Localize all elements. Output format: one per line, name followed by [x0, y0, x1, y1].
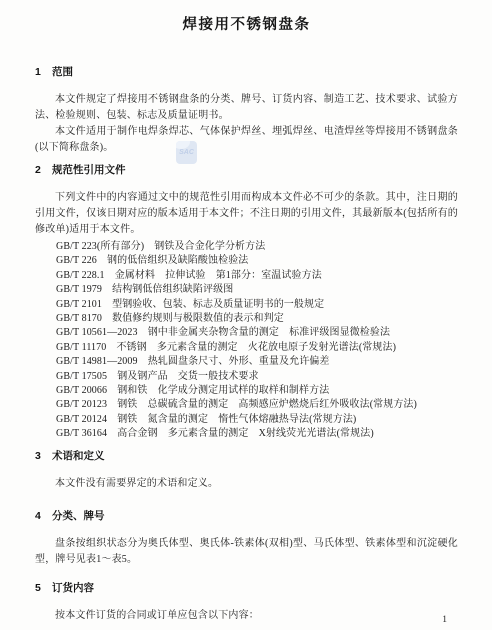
section-4-number: 4 — [35, 510, 52, 523]
section-3-heading: 3 术语和定义 — [35, 450, 458, 463]
section-2-number: 2 — [35, 164, 52, 177]
terms-paragraph: 本文件没有需要界定的术语和定义。 — [35, 476, 458, 492]
scope-paragraph-1: 本文件规定了焊接用不锈钢盘条的分类、牌号、订货内容、制造工艺、技术要求、试验方法… — [35, 92, 458, 124]
reference-item: GB/T 226 钢的低倍组织及缺陷酸蚀检验法 — [56, 254, 458, 268]
section-3-number: 3 — [35, 450, 52, 463]
scope-paragraph-2: 本文件适用于制作电焊条焊芯、气体保护焊丝、埋弧焊丝、电渣焊丝等焊接用不锈钢盘条(… — [35, 124, 458, 156]
references-intro-paragraph: 下列文件中的内容通过文中的规范性引用而构成本文件必不可少的条款。其中，注日期的引… — [35, 190, 458, 238]
section-1-title: 范围 — [52, 66, 73, 79]
section-5-number: 5 — [35, 582, 52, 595]
section-classification-grades: 4 分类、牌号 盘条按组织状态分为奥氏体型、奥氏体-铁素体(双相)型、马氏体型、… — [35, 510, 458, 568]
section-2-heading: 2 规范性引用文件 — [35, 164, 458, 177]
section-ordering-content: 5 订货内容 按本文件订货的合同或订单应包含以下内容： — [35, 582, 458, 624]
reference-item: GB/T 20066 钢和铁 化学成分测定用试样的取样和制样方法 — [56, 384, 458, 398]
section-4-title: 分类、牌号 — [52, 510, 105, 523]
section-4-heading: 4 分类、牌号 — [35, 510, 458, 523]
reference-item: GB/T 2101 型钢验收、包装、标志及质量证明书的一般规定 — [56, 298, 458, 312]
reference-item: GB/T 20123 钢铁 总碳硫含量的测定 高频感应炉燃烧后红外吸收法(常规方… — [56, 398, 458, 412]
classification-paragraph: 盘条按组织状态分为奥氏体型、奥氏体-铁素体(双相)型、马氏体型、铁素体型和沉淀硬… — [35, 536, 458, 568]
page-number: 1 — [442, 614, 447, 626]
watermark-logo: SAC — [176, 141, 197, 164]
reference-item: GB/T 8170 数值修约规则与极限数值的表示和判定 — [56, 312, 458, 326]
reference-item: GB/T 223(所有部分) 钢铁及合金化学分析方法 — [56, 240, 458, 254]
section-5-heading: 5 订货内容 — [35, 582, 458, 595]
reference-item: GB/T 228.1 金属材料 拉伸试验 第1部分：室温试验方法 — [56, 269, 458, 283]
section-1-heading: 1 范围 — [35, 66, 458, 79]
reference-item: GB/T 14981—2009 热轧圆盘条尺寸、外形、重量及允许偏差 — [56, 355, 458, 369]
reference-item: GB/T 11170 不锈钢 多元素含量的测定 火花放电原子发射光谱法(常规法) — [56, 341, 458, 355]
reference-item: GB/T 17505 钢及钢产品 交货一般技术要求 — [56, 370, 458, 384]
section-1-number: 1 — [35, 66, 52, 79]
section-scope: 1 范围 本文件规定了焊接用不锈钢盘条的分类、牌号、订货内容、制造工艺、技术要求… — [35, 66, 458, 156]
reference-item: GB/T 20124 钢铁 氮含量的测定 惰性气体熔融热导法(常规方法) — [56, 413, 458, 427]
reference-item: GB/T 10561—2023 钢中非金属夹杂物含量的测定 标准评级图显微检验法 — [56, 326, 458, 340]
watermark-text: SAC — [179, 149, 194, 156]
document-title: 焊接用不锈钢盘条 — [35, 16, 458, 34]
section-3-title: 术语和定义 — [52, 450, 105, 463]
ordering-paragraph: 按本文件订货的合同或订单应包含以下内容： — [35, 608, 458, 624]
section-5-title: 订货内容 — [52, 582, 94, 595]
document-page: 焊接用不锈钢盘条 1 范围 本文件规定了焊接用不锈钢盘条的分类、牌号、订货内容、… — [0, 0, 492, 630]
section-2-title: 规范性引用文件 — [52, 164, 126, 177]
references-list: GB/T 223(所有部分) 钢铁及合金化学分析方法 GB/T 226 钢的低倍… — [35, 240, 458, 442]
reference-item: GB/T 1979 结构钢低倍组织缺陷评级图 — [56, 283, 458, 297]
section-normative-references: 2 规范性引用文件 下列文件中的内容通过文中的规范性引用而构成本文件必不可少的条… — [35, 164, 458, 442]
section-terms-definitions: 3 术语和定义 本文件没有需要界定的术语和定义。 — [35, 450, 458, 492]
reference-item: GB/T 36164 高合金钢 多元素含量的测定 X射线荧光光谱法(常规法) — [56, 427, 458, 441]
